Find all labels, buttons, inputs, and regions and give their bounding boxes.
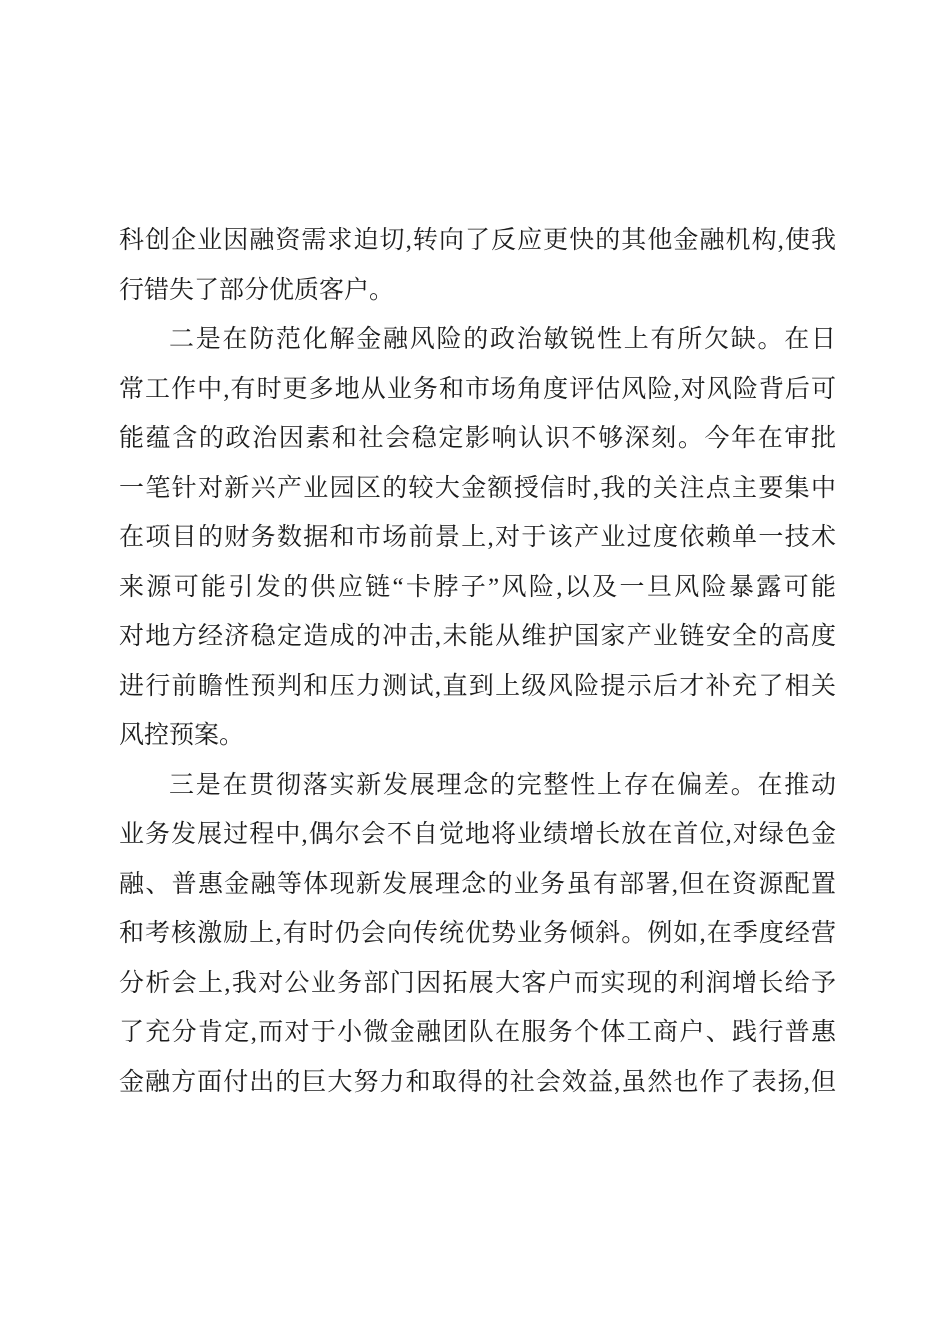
text-line: 行错失了部分优质客户。 <box>119 266 836 316</box>
text-line: 科创企业因融资需求迫切,转向了反应更快的其他金融机构,使我 <box>119 216 836 266</box>
text-line: 三是在贯彻落实新发展理念的完整性上存在偏差。在推动 <box>119 761 836 811</box>
text-line: 融、普惠金融等体现新发展理念的业务虽有部署,但在资源配置 <box>119 860 836 910</box>
text-line: 业务发展过程中,偶尔会不自觉地将业绩增长放在首位,对绿色金 <box>119 810 836 860</box>
text-line: 二是在防范化解金融风险的政治敏锐性上有所欠缺。在日 <box>119 315 836 365</box>
text-line: 能蕴含的政治因素和社会稳定影响认识不够深刻。今年在审批 <box>119 414 836 464</box>
text-line: 对地方经济稳定造成的冲击,未能从维护国家产业链安全的高度 <box>119 612 836 662</box>
text-line: 了充分肯定,而对于小微金融团队在服务个体工商户、践行普惠 <box>119 1008 836 1058</box>
text-line: 金融方面付出的巨大努力和取得的社会效益,虽然也作了表扬,但 <box>119 1058 836 1108</box>
text-line: 进行前瞻性预判和压力测试,直到上级风险提示后才补充了相关 <box>119 662 836 712</box>
document-page: 科创企业因融资需求迫切,转向了反应更快的其他金融机构,使我行错失了部分优质客户。… <box>0 0 950 1344</box>
text-line: 分析会上,我对公业务部门因拓展大客户而实现的利润增长给予 <box>119 959 836 1009</box>
text-line: 风控预案。 <box>119 711 836 761</box>
text-line: 一笔针对新兴产业园区的较大金额授信时,我的关注点主要集中 <box>119 464 836 514</box>
text-line: 和考核激励上,有时仍会向传统优势业务倾斜。例如,在季度经营 <box>119 909 836 959</box>
text-line: 来源可能引发的供应链“卡脖子”风险,以及一旦风险暴露可能 <box>119 563 836 613</box>
text-line: 常工作中,有时更多地从业务和市场角度评估风险,对风险背后可 <box>119 365 836 415</box>
text-line: 在项目的财务数据和市场前景上,对于该产业过度依赖单一技术 <box>119 513 836 563</box>
document-text-block: 科创企业因融资需求迫切,转向了反应更快的其他金融机构,使我行错失了部分优质客户。… <box>119 216 836 1107</box>
